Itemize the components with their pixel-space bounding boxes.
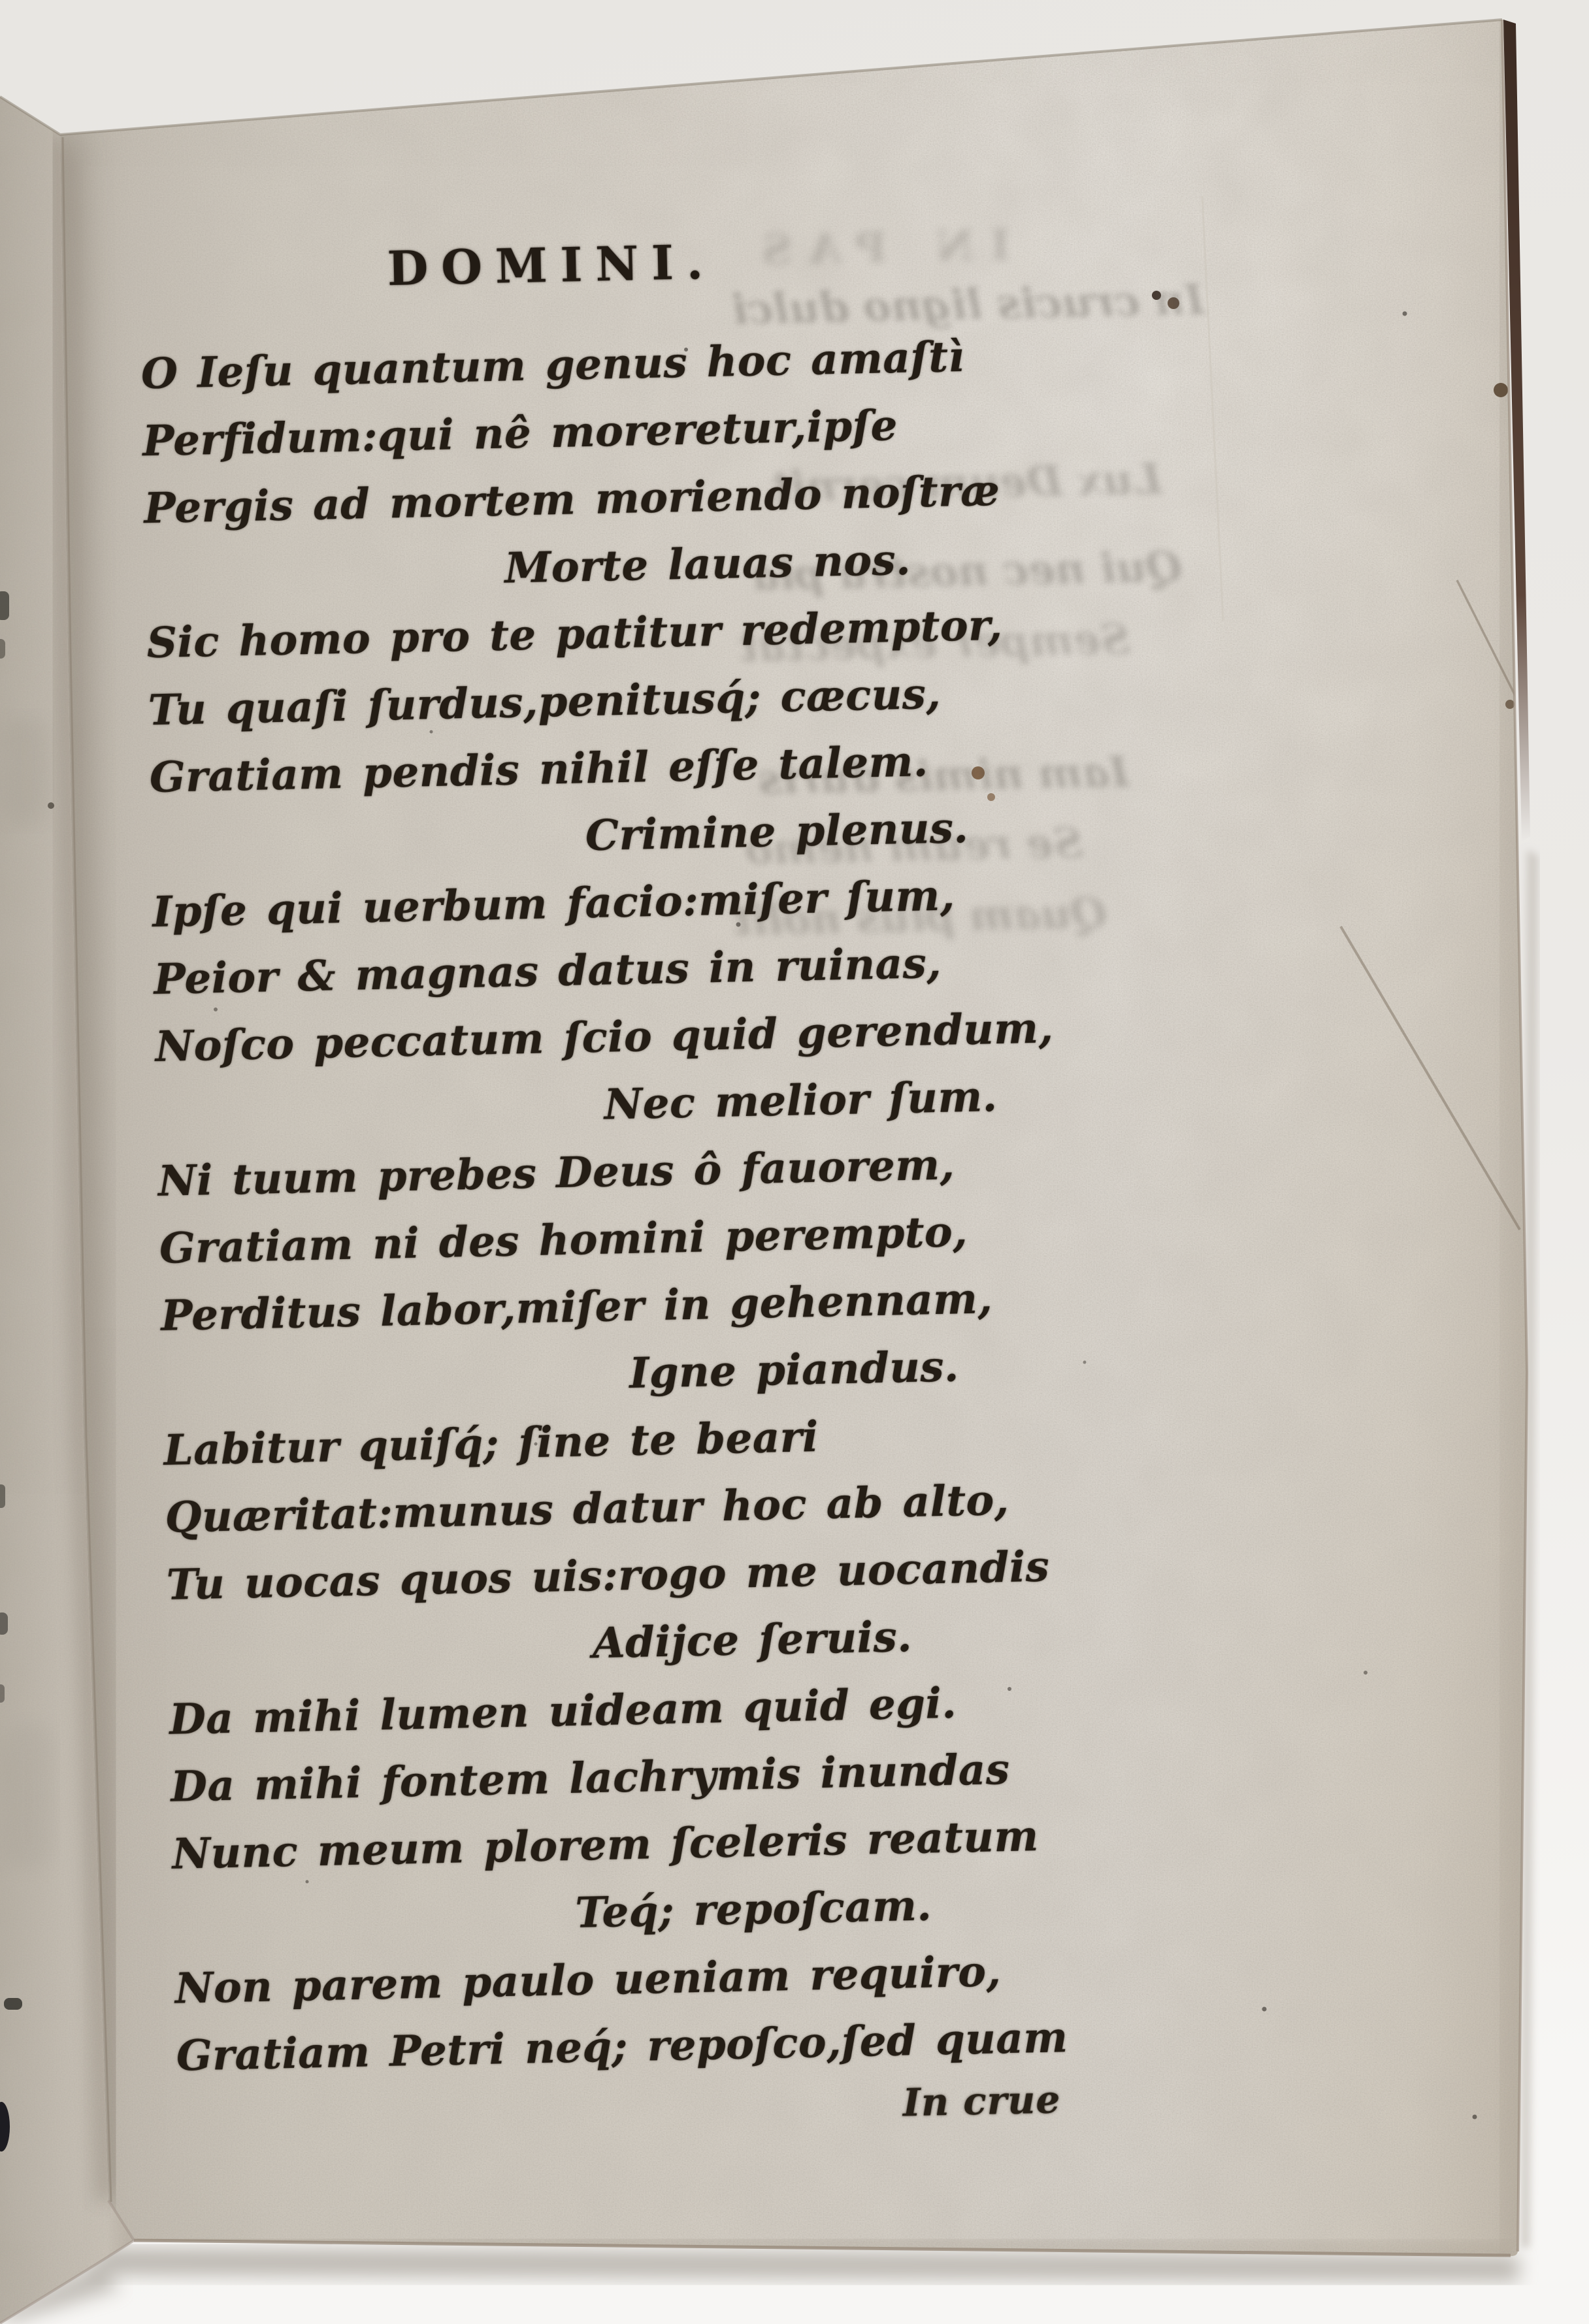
book-page-photograph: IN PAS In crucis ligno dulci Lux Deum ce… (0, 0, 1589, 2324)
poem: O Ieſu quantum genus hoc amaſtì Perfidum… (140, 313, 1484, 2089)
page-text-block: DOMINI. O Ieſu quantum genus hoc amaſtì … (139, 216, 1484, 2140)
